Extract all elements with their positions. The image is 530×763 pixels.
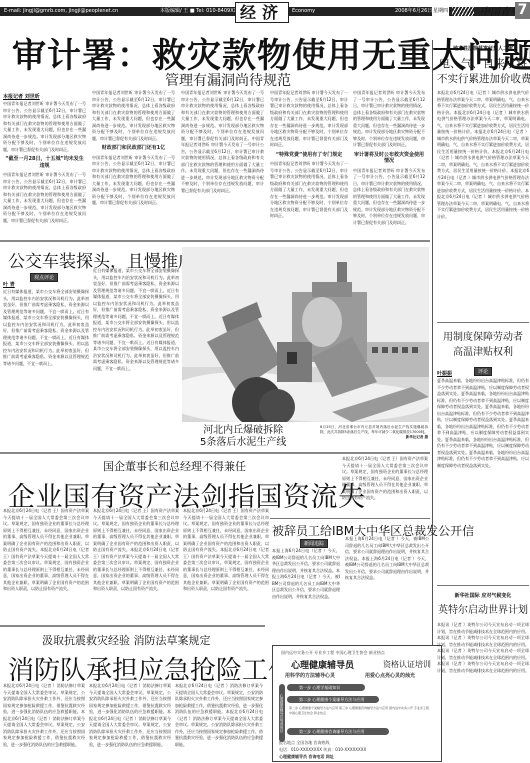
comment-tag: 评论 bbox=[474, 367, 492, 376]
lead-body: 中国青年报记者刘世昕 审计署今天发布了一号审计公告，公告显示截至6月12日，审计… bbox=[3, 101, 86, 152]
masthead-editor-info: 本版编辑/ 王 ■ Tel: 010-8409XXXX bbox=[160, 7, 244, 16]
lead-column-5: 中国青年报记者刘世昕 审计署今天发布了一号审计公告，公告显示截至6月12日，审计… bbox=[353, 90, 425, 235]
ad-description: 第二步 心理健康个案辅导方法与应用 第三步 心理健康咨询辅导方法与应用 国内远中… bbox=[289, 706, 429, 726]
lead-column-1: 中国青年报记者刘世昕 审计署今天发布了一号审计公告，公告显示截至6月12日，审计… bbox=[3, 101, 86, 235]
lead-body: 中国青年报记者刘世昕 审计署今天发布了一号审计公告，公告显示截至6月12日，审计… bbox=[353, 168, 425, 225]
ibm-column-2: 本报上海6月24日电（记者 ）今天，被IBM公司辞退的几名员工向IBM大中华区总… bbox=[345, 536, 429, 608]
section-divider bbox=[437, 322, 529, 323]
photo-credit: 新华社记者 摄 bbox=[320, 435, 428, 440]
section-divider bbox=[437, 585, 529, 586]
soe-body: 本报北京6月24日电（记者 王）国有资产法草案今天提请十一届全国人大常委会第三次… bbox=[183, 547, 269, 591]
training-advertisement[interactable]: 国内远中实务公开 专业乡工程 中国心理卫生协会 新业热点 心理健康辅导员 资格认… bbox=[272, 645, 442, 762]
soe-body: 本报北京6月24日电（记者 王）国有资产法草案今天提请十一届全国人大常委会第三次… bbox=[342, 456, 428, 500]
ad-desc-text: 第二步 心理健康个案辅导方法与应用 bbox=[289, 706, 338, 710]
lead-column-2: 中国青年报记者刘世昕 审计署今天发布了一号审计公告，公告显示截至6月12日，审计… bbox=[92, 90, 175, 235]
fire-body: 本报北京6月24日电（记者 ）消防法修订草案今天提请全国人大常委会审议。草案规定… bbox=[3, 683, 85, 714]
right-body: 本报讯（记者 ）英特尔公司今天宣布启动一项全球计划，旨在推动节能减排技术在全球范… bbox=[437, 635, 529, 647]
right-story-3-heading: 新华社国际 应对气候变化 英特尔启动世界计划 bbox=[437, 592, 529, 616]
section-divider bbox=[0, 240, 430, 242]
ad-step-1: 第一步 心理学基础知识 bbox=[287, 684, 365, 691]
soe-body: 本报北京6月24日电（记者 王）国有资产法草案今天提请十一届全国人大常委会第三次… bbox=[93, 547, 179, 591]
lead-body: 中国青年报记者刘世昕 审计署今天发布了一号审计公告，公告显示截至6月12日，审计… bbox=[181, 90, 264, 141]
ad-step-3: 第三步 心理健康咨询辅导方法与应用 bbox=[287, 728, 389, 735]
ad-slogan-right: 用爱心点亮心灵的烛光 bbox=[365, 672, 415, 679]
right-story-1-headline-2: 不实行累进加价收费 bbox=[437, 71, 529, 86]
ad-top-line: 国内远中实务公开 专业乡工程 中国心理卫生协会 新业热点 bbox=[281, 650, 385, 656]
bus-column-1: 近日有媒体报道，某市公交车将全部安装摄像探头，用以监控车内治安状况和司机行为。此… bbox=[3, 289, 89, 449]
soe-kicker: 国企董事长和总经理不得兼任 bbox=[103, 458, 246, 474]
section-divider bbox=[0, 625, 265, 627]
fire-body: 本报北京6月24日电（记者 ）消防法修订草案今天提请全国人大常委会审议。草案规定… bbox=[89, 709, 171, 747]
soe-body: 本报北京6月24日电（记者 王）国有资产法草案今天提请十一届全国人大常委会第三次… bbox=[183, 508, 269, 552]
lead-subhead-4: 审计署将及时公布救灾资金使用情况 bbox=[353, 152, 425, 165]
caption-line-1: 河北内丘爆破拆除 bbox=[200, 425, 286, 437]
masthead-weekday: 星期四 bbox=[432, 7, 449, 16]
masthead-date: 2008年6月26日 bbox=[395, 7, 432, 16]
right-story-3-body: 本报讯（记者 ）英特尔公司今天宣布启动一项全球计划，旨在推动节能减排技术在全球范… bbox=[437, 622, 529, 762]
lead-body: 中国青年报记者刘世昕 审计署今天发布了一号审计公告，公告显示截至6月12日，审计… bbox=[353, 90, 425, 147]
fire-column-2: 本报北京6月24日电（记者 ）消防法修订草案今天提请全国人大常委会审议。草案规定… bbox=[89, 683, 171, 763]
lead-body: 中国青年报记者刘世昕 审计署今天发布了一号审计公告，公告显示截至6月12日，审计… bbox=[270, 161, 348, 218]
right-story-1-kicker: 地方性法规草案征集人二审 bbox=[437, 45, 529, 52]
lead-body: 中国青年报记者刘世昕 审计署今天发布了一号审计公告，公告显示截至6月12日，审计… bbox=[3, 172, 86, 223]
bus-byline: 叶 青 bbox=[3, 281, 15, 288]
cement-plant-demolition-image bbox=[182, 247, 429, 422]
fire-body: 本报北京6月24日电（记者 ）消防法修订草案今天提请全国人大常委会审议。草案规定… bbox=[3, 709, 85, 747]
lead-column-4: 中国青年报记者刘世昕 审计署今天发布了一号审计公告，公告显示截至6月12日，审计… bbox=[270, 90, 348, 235]
news-tag: 新闻追踪 bbox=[300, 539, 328, 548]
soe-column-3: 本报北京6月24日电（记者 王）国有资产法草案今天提请十一届全国人大常委会第三次… bbox=[183, 508, 269, 606]
demolition-photo bbox=[182, 247, 429, 422]
lead-subheadline: 管理有漏洞尚待规范 bbox=[165, 70, 291, 90]
right-body: 本报讯（记者 ）英特尔公司今天宣布启动一项全球计划，旨在推动节能减排技术在全球范… bbox=[437, 648, 529, 660]
lead-byline: 本报记者 刘世昕 bbox=[3, 93, 40, 100]
photo-caption-text: 6月25日，河北省邢台市内丘县对境内落后水泥生产线实施爆破拆除，此次共拆除5条落… bbox=[320, 425, 428, 447]
ad-title: 心理健康辅导员 bbox=[291, 658, 354, 671]
opinion-tag: 观点评论 bbox=[30, 273, 58, 282]
caption-body: 6月25日，河北省邢台市内丘县对境内落后水泥生产线实施爆破拆除，此次共拆除5条落… bbox=[320, 425, 428, 434]
right-body: 本报讯（记者 ）英特尔公司今天宣布启动一项全球计划，旨在推动节能减排技术在全球范… bbox=[437, 661, 529, 673]
fire-body: 本报北京6月24日电（记者 ）消防法修订草案今天提请全国人大常委会审议。草案规定… bbox=[89, 683, 171, 714]
ad-desc-text: 第三步 心理健康咨询辅导方法与应用 bbox=[339, 706, 388, 710]
right-story-2-headline-1: 用制度保障劳动者 bbox=[437, 328, 529, 343]
page-number: 7 bbox=[515, 2, 530, 19]
lead-subhead-3: “特殊党费”使用有了专门规定 bbox=[270, 152, 348, 159]
ad-title-right: 资格认证培训 bbox=[383, 659, 431, 670]
soe-column-2: 本报北京6月24日电（记者 王）国有资产法草案今天提请十一届全国人大常委会第三次… bbox=[93, 508, 179, 606]
ad-slogan-left: 用科学的方法辅导心灵 bbox=[285, 672, 335, 679]
section-divider bbox=[0, 452, 430, 454]
fire-headline: 消防队承担应急抢险工作 bbox=[8, 650, 294, 687]
soe-body: 本报北京6月24日电（记者 王）国有资产法草案今天提请十一届全国人大常委会第三次… bbox=[3, 508, 89, 552]
lead-subhead-1: “截至一月28日，十五城”均未发生违规 bbox=[3, 156, 86, 169]
ad-contact-1: 报名地点 全国各地 咨询热线 bbox=[279, 740, 330, 746]
right-story-3-headline: 英特尔启动世界计划 bbox=[437, 601, 529, 616]
fire-column-1: 本报北京6月24日电（记者 ）消防法修订草案今天提请全国人大常委会审议。草案规定… bbox=[3, 683, 85, 763]
lead-body: 中国青年报记者刘世昕 审计署今天发布了一号审计公告，公告显示截至6月12日，审计… bbox=[92, 90, 175, 141]
photo-caption-headline: 河北内丘爆破拆除 5条落后水泥生产线 bbox=[200, 425, 286, 449]
fire-body: 本报北京6月24日电（记者 ）消防法修订草案今天提请全国人大常委会审议。草案规定… bbox=[175, 709, 263, 747]
section-title: 经济 bbox=[235, 2, 289, 23]
ad-vertical-label: 心理健康辅导员培训项目 bbox=[279, 684, 285, 742]
lead-body: 中国青年报记者刘世昕 审计署今天发布了一号审计公告，公告显示截至6月12日，审计… bbox=[181, 136, 264, 193]
ad-contact-2: 电话：010-XXXXXXXX 传真：010-XXXXXXXX bbox=[279, 747, 366, 753]
section-english: Economy bbox=[292, 7, 315, 16]
soe-column-4: 本报北京6月24日电（记者 王）国有资产法草案今天提请十一届全国人大常委会第三次… bbox=[342, 456, 428, 514]
section-divider bbox=[270, 518, 430, 519]
ad-step-2: 第二步 心理健康个案辅导方法与应用 bbox=[287, 696, 379, 703]
hatch-decoration bbox=[452, 7, 474, 16]
ibm-column-1: 本报上海6月24日电（记者 ）今天，被IBM公司辞退的几名员工向IBM大中华区总… bbox=[272, 548, 340, 608]
right-story-1-headline-1: 电、气、自来水将 bbox=[437, 55, 529, 71]
bus-column-2: 近日有媒体报道，某市公交车将全部安装摄像探头，用以监控车内治安状况和司机行为。此… bbox=[93, 268, 179, 448]
right-body: 本报讯（记者 ）英特尔公司今天宣布启动一项全球计划，旨在推动节能减排技术在全球范… bbox=[437, 622, 529, 634]
ad-footer: 心理健康辅导员 咨询电话 网址 bbox=[279, 754, 334, 760]
soe-column-1: 本报北京6月24日电（记者 王）国有资产法草案今天提请十一届全国人大常委会第三次… bbox=[3, 508, 89, 606]
right-story-2-headline-2: 高温津贴权利 bbox=[437, 343, 529, 358]
lead-body: 中国青年报记者刘世昕 审计署今天发布了一号审计公告，公告显示截至6月12日，审计… bbox=[92, 155, 175, 206]
soe-body: 本报北京6月24日电（记者 王）国有资产法草案今天提请十一届全国人大常委会第三次… bbox=[3, 547, 89, 591]
fire-kicker: 汲取抗震救灾经验 消防法草案规定 bbox=[42, 632, 211, 648]
right-story-2-body: 夏季高温来临，各地纷纷出台高温津贴标准，但仍有不少劳动者拿不到高温津贴，应以制度… bbox=[437, 378, 529, 578]
right-story-3-kicker: 新华社国际 应对气候变化 bbox=[437, 592, 529, 599]
soe-body: 本报北京6月24日电（记者 王）国有资产法草案今天提请十一届全国人大常委会第三次… bbox=[93, 508, 179, 552]
lead-body: 中国青年报记者刘世昕 审计署今天发布了一号审计公告，公告显示截至6月12日，审计… bbox=[270, 90, 348, 147]
caption-line-2: 5条落后水泥生产线 bbox=[200, 437, 286, 449]
lead-column-3: 中国青年报记者刘世昕 审计署今天发布了一号审计公告，公告显示截至6月12日，审计… bbox=[181, 90, 264, 235]
ibm-body: 本报上海6月24日电（记者 ）今天，被IBM公司辞退的几名员工向IBM大中华区总… bbox=[272, 548, 340, 573]
masthead-email: E-mail: jingji@gmrb.com, jingji@peoplene… bbox=[4, 7, 118, 16]
fire-column-3: 本报北京6月24日电（记者 ）消防法修订草案今天提请全国人大常委会审议。草案规定… bbox=[175, 683, 263, 763]
right-story-1-body: 本报北京6月24日电（记者 ）城市供水供电供气价格管理办法草案今天二审，草案明确… bbox=[437, 90, 529, 315]
lead-subhead-2: 财政部门和民政部门还有1亿 bbox=[92, 145, 175, 152]
right-story-1-heading: 地方性法规草案征集人二审 电、气、自来水将 不实行累进加价收费 bbox=[437, 45, 529, 86]
right-story-2-byline: 叶振振 bbox=[437, 370, 452, 377]
